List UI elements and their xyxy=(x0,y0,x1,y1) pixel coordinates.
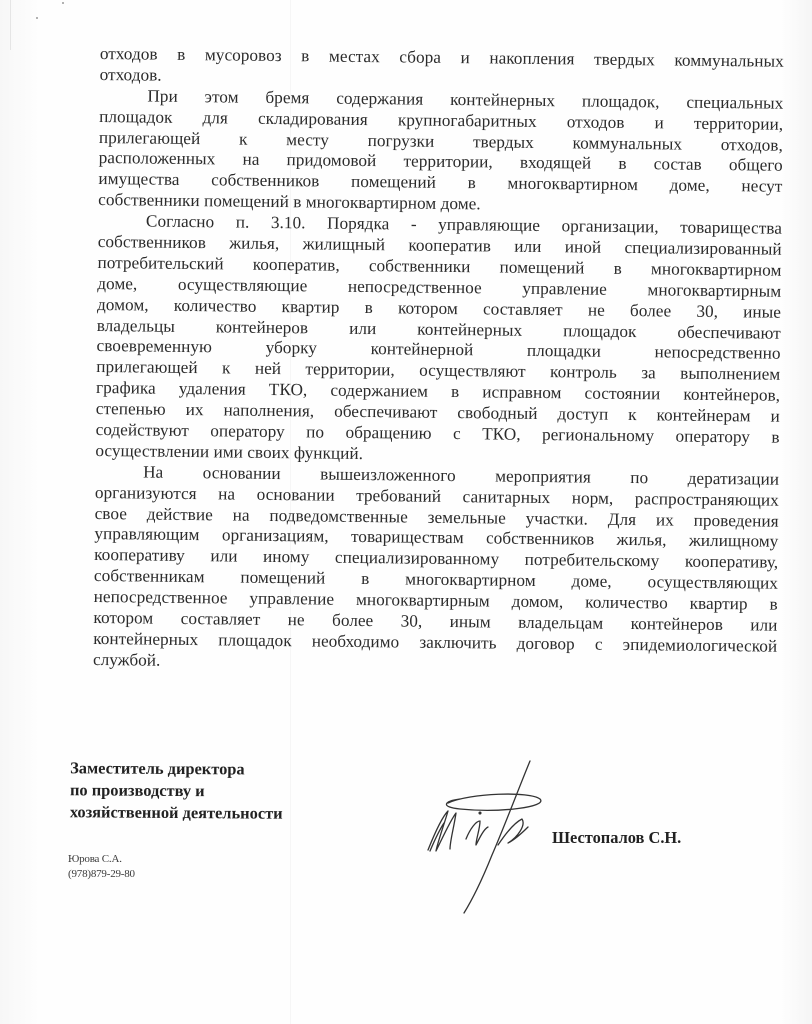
signer-name: Шестопалов С.Н. xyxy=(552,828,681,848)
scan-margin-mark xyxy=(10,0,11,50)
handwritten-signature-icon xyxy=(410,755,560,915)
executor-info: Юрова С.А. (978)879-29-80 xyxy=(68,852,135,882)
scan-speck xyxy=(36,17,38,19)
signatory-position: Заместитель директора по производству и … xyxy=(70,757,283,824)
paragraph-maintenance-burden: При этом бремя содержания контейнерных п… xyxy=(98,86,783,219)
paragraph-deratization: На основании вышеизложенного мероприятия… xyxy=(93,462,779,679)
letter-body: отходов в мусоровоз в местах сбора и нак… xyxy=(93,44,784,678)
scanned-page: отходов в мусоровоз в местах сбора и нак… xyxy=(0,0,812,1024)
position-line: Заместитель директора xyxy=(70,757,283,780)
paragraph-clause-3-10: Согласно п. 3.10. Порядка - управляющие … xyxy=(95,211,782,469)
position-line: по производству и xyxy=(70,779,283,802)
scan-speck xyxy=(62,2,64,4)
executor-name: Юрова С.А. xyxy=(68,852,135,867)
position-line: хозяйственной деятельности xyxy=(70,801,283,824)
executor-phone: (978)879-29-80 xyxy=(68,867,135,882)
